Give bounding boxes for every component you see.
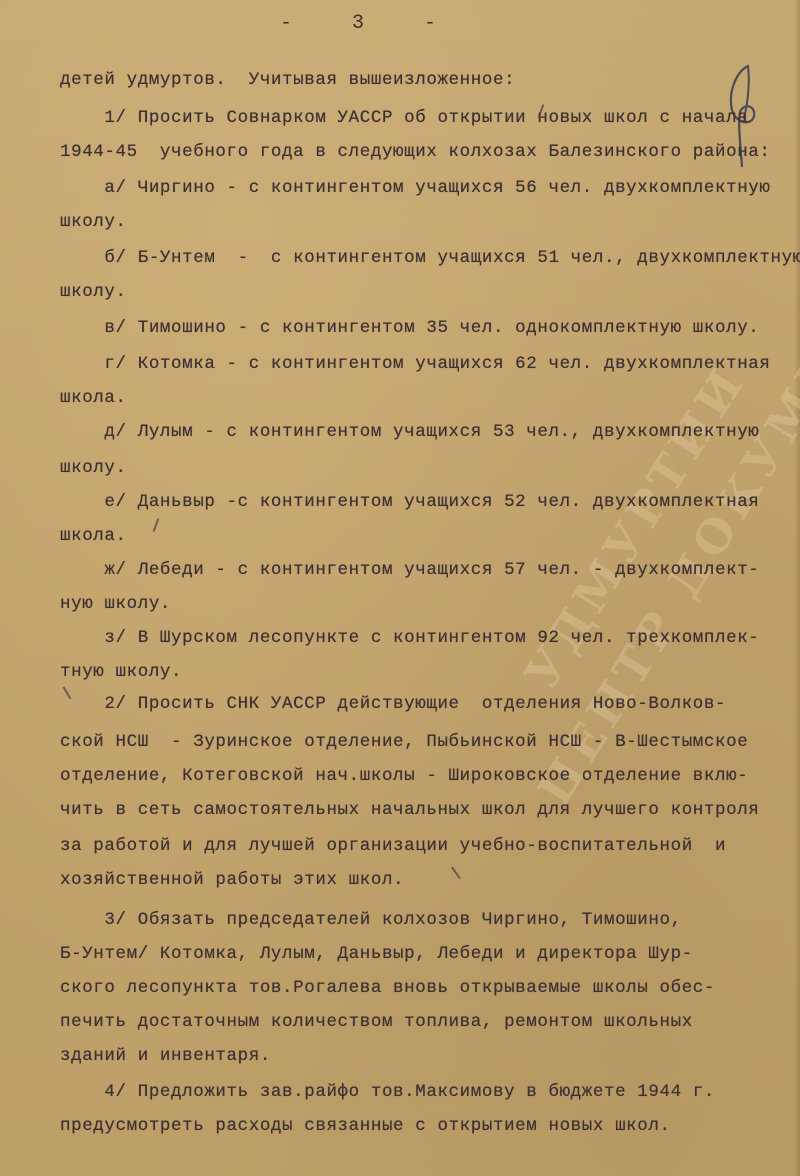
document-line: чить в сеть самостоятельных начальных шк… [60, 800, 759, 820]
document-line: школу. [60, 212, 127, 232]
document-line: б/ Б-Унтем - с контингентом учащихся 51 … [60, 248, 800, 268]
document-line: в/ Тимошино - с контингентом 35 чел. одн… [60, 318, 759, 338]
document-line: г/ Котомка - с контингентом учащихся 62 … [60, 354, 771, 374]
document-line: печить достаточным количеством топлива, … [60, 1012, 693, 1032]
document-line: ж/ Лебеди - с контингентом учащихся 57 ч… [60, 560, 759, 580]
document-line: предусмотреть расходы связанные с открыт… [60, 1116, 671, 1136]
document-line: тную школу. [60, 662, 182, 682]
document-line: хозяйственной работы этих школ. [60, 870, 404, 890]
document-line: 4/ Предложить зав.райфо тов.Максимову в … [60, 1082, 715, 1102]
document-line: школа. [60, 388, 127, 408]
document-line: зданий и инвентаря. [60, 1046, 271, 1066]
document-line: 2/ Просить СНК УАССР действующие отделен… [60, 694, 726, 714]
document-line: отделение, Котеговской нач.школы - Широк… [60, 766, 748, 786]
document-line: д/ Лулым - с контингентом учащихся 53 че… [60, 422, 759, 442]
document-line: ную школу. [60, 594, 171, 614]
document-line: 1944-45 учебного года в следующих колхоз… [60, 142, 771, 162]
document-line: детей удмуртов. Учитывая вышеизложенное: [60, 70, 515, 90]
document-line: а/ Чиргино - с контингентом учащихся 56 … [60, 178, 771, 198]
document-line: ской НСШ - Зуринское отделение, Пыбьинск… [60, 732, 748, 752]
document-line: 3/ Обязать председателей колхозов Чиргин… [60, 910, 682, 930]
document-line: 1/ Просить Совнарком УАССР об открытии н… [60, 108, 748, 128]
document-line: за работой и для лучшей организации учеб… [60, 836, 726, 856]
document-line: ского лесопункта тов.Рогалева вновь откр… [60, 978, 715, 998]
page-number: - 3 - [280, 12, 440, 35]
document-line: школу. [60, 458, 127, 478]
document-line: Б-Унтем/ Котомка, Лулым, Даньвыр, Лебеди… [60, 944, 693, 964]
document-line: школа. [60, 526, 127, 546]
document-line: школу. [60, 282, 127, 302]
document-line: е/ Даньвыр -с контингентом учащихся 52 ч… [60, 492, 759, 512]
document-line: з/ В Шурском лесопункте с контингентом 9… [60, 628, 759, 648]
page-edge-shadow [794, 0, 800, 1176]
document-page [0, 0, 800, 1176]
